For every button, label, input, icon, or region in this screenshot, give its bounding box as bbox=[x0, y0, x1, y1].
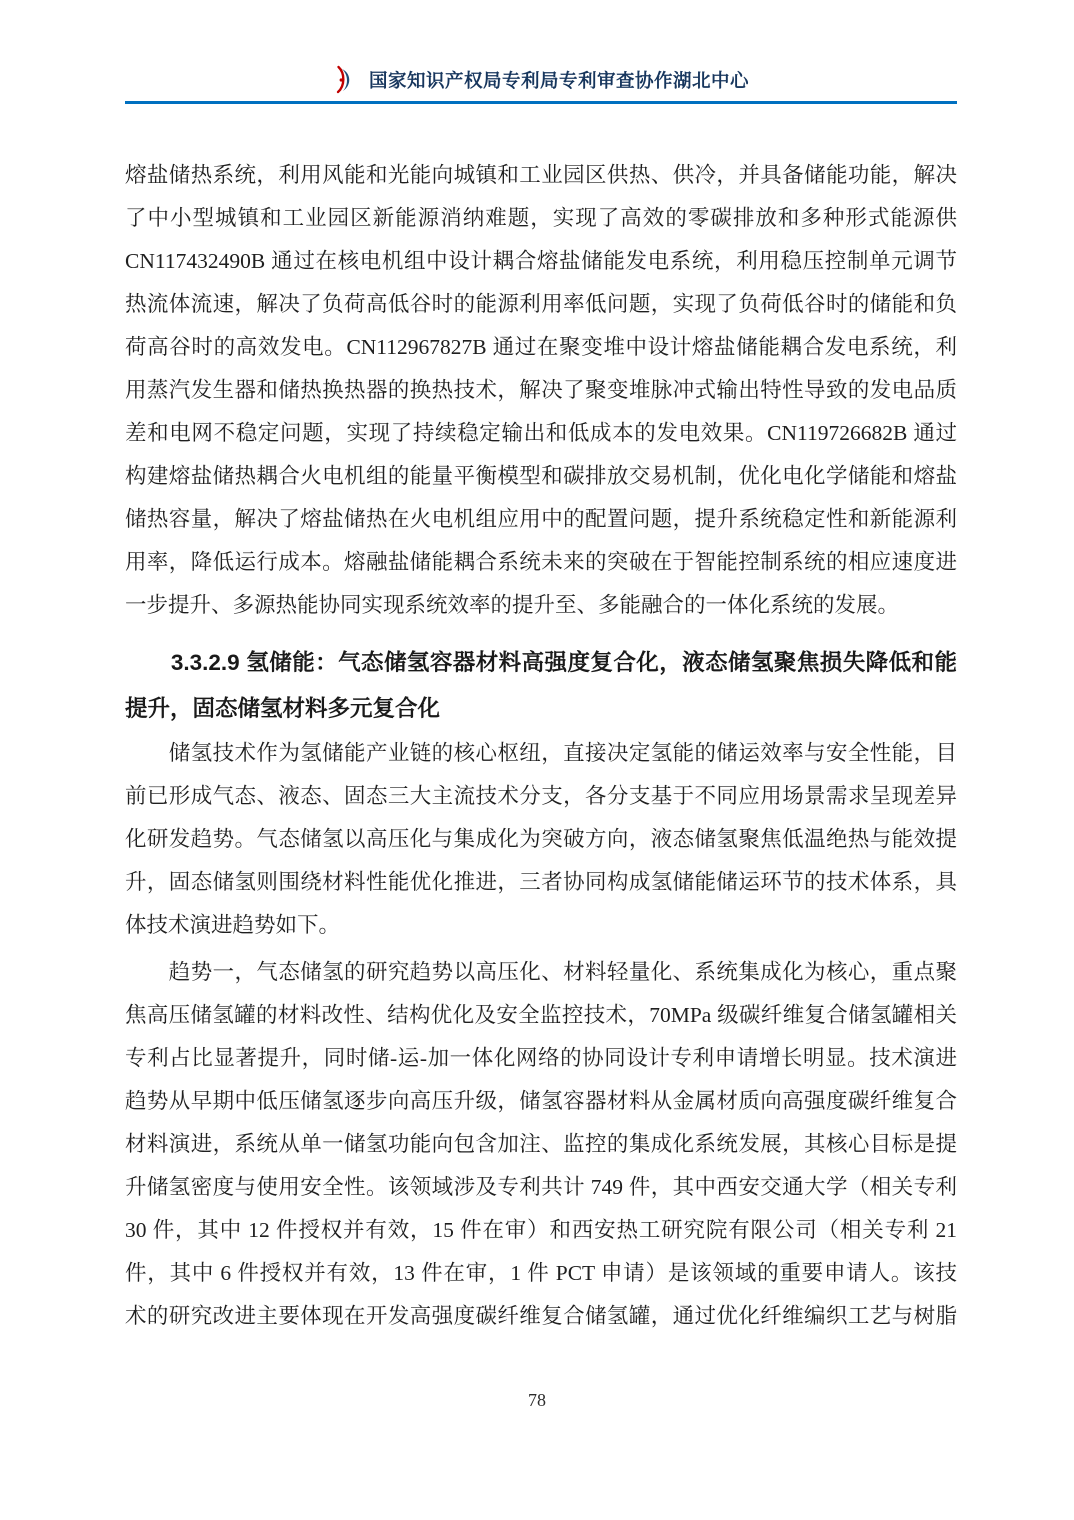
text-line: 30 件，其中 12 件授权并有效，15 件在审）和西安热工研究院有限公司（相关… bbox=[125, 1209, 957, 1252]
document-body: 熔盐储热系统，利用风能和光能向城镇和工业园区供热、供冷，并具备储能功能，解决了中… bbox=[125, 154, 957, 1338]
header-row: 国家知识产权局专利局专利审查协作湖北中心 bbox=[125, 62, 957, 98]
text-line: 荷高谷时的高效发电。CN112967827B 通过在聚变堆中设计熔盐储能耦合发电… bbox=[125, 326, 957, 369]
page: 国家知识产权局专利局专利审查协作湖北中心 熔盐储热系统，利用风能和光能向城镇和工… bbox=[0, 0, 1074, 1520]
paragraph-hydrogen-overview: 储氢技术作为氢储能产业链的核心枢纽，直接决定氢能的储运效率与安全性能，目前已形成… bbox=[125, 732, 957, 947]
text-line: CN117432490B 通过在核电机组中设计耦合熔盐储能发电系统，利用稳压控制… bbox=[125, 240, 957, 283]
paragraph-trend-one-gaseous: 趋势一，气态储氢的研究趋势以高压化、材料轻量化、系统集成化为核心，重点聚焦高压储… bbox=[125, 951, 957, 1338]
section-heading-3-3-2-9: 3.3.2.9 氢储能：气态储氢容器材料高强度复合化，液态储氢聚焦损失降低和能效… bbox=[125, 640, 957, 732]
page-footer: 78 bbox=[0, 1390, 1074, 1411]
text-line: 趋势一，气态储氢的研究趋势以高压化、材料轻量化、系统集成化为核心，重点聚 bbox=[125, 951, 957, 994]
text-line: 术的研究改进主要体现在开发高强度碳纤维复合储氢罐，通过优化纤维编织工艺与树脂 bbox=[125, 1295, 957, 1338]
text-line: 趋势从早期中低压储氢逐步向高压升级，储氢容器材料从金属材质向高强度碳纤维复合 bbox=[125, 1080, 957, 1123]
text-line: 热流体流速，解决了负荷高低谷时的能源利用率低问题，实现了负荷低谷时的储能和负 bbox=[125, 283, 957, 326]
text-line: 储热容量，解决了熔盐储热在火电机组应用中的配置问题，提升系统稳定性和新能源利 bbox=[125, 498, 957, 541]
header-org-name: 国家知识产权局专利局专利审查协作湖北中心 bbox=[369, 67, 749, 93]
text-line: 一步提升、多源热能协同实现系统效率的提升至、多能融合的一体化系统的发展。 bbox=[125, 584, 957, 627]
text-line: 差和电网不稳定问题，实现了持续稳定输出和低成本的发电效果。CN119726682… bbox=[125, 412, 957, 455]
text-line: 构建熔盐储热耦合火电机组的能量平衡模型和碳排放交易机制，优化电化学储能和熔盐 bbox=[125, 455, 957, 498]
text-line: 专利占比显著提升，同时储-运-加一体化网络的协同设计专利申请增长明显。技术演进 bbox=[125, 1037, 957, 1080]
text-line: 3.3.2.9 氢储能：气态储氢容器材料高强度复合化，液态储氢聚焦损失降低和能效 bbox=[125, 640, 957, 686]
text-line: 用蒸汽发生器和储热换热器的换热技术，解决了聚变堆脉冲式输出特性导致的发电品质 bbox=[125, 369, 957, 412]
text-line: 提升，固态储氢材料多元复合化 bbox=[125, 686, 957, 732]
text-line: 升，固态储氢则围绕材料性能优化推进，三者协同构成氢储能储运环节的技术体系，具 bbox=[125, 861, 957, 904]
page-header: 国家知识产权局专利局专利审查协作湖北中心 bbox=[125, 62, 957, 104]
text-line: 化研发趋势。气态储氢以高压化与集成化为突破方向，液态储氢聚焦低温绝热与能效提 bbox=[125, 818, 957, 861]
text-line: 熔盐储热系统，利用风能和光能向城镇和工业园区供热、供冷，并具备储能功能，解决 bbox=[125, 154, 957, 197]
text-line: 体技术演进趋势如下。 bbox=[125, 904, 957, 947]
text-line: 储氢技术作为氢储能产业链的核心枢纽，直接决定氢能的储运效率与安全性能，目 bbox=[125, 732, 957, 775]
text-line: 材料演进，系统从单一储氢功能向包含加注、监控的集成化系统发展，其核心目标是提 bbox=[125, 1123, 957, 1166]
text-line: 用率，降低运行成本。熔融盐储能耦合系统未来的突破在于智能控制系统的相应速度进 bbox=[125, 541, 957, 584]
hubei-center-logo-icon bbox=[333, 65, 355, 95]
paragraph-molten-salt: 熔盐储热系统，利用风能和光能向城镇和工业园区供热、供冷，并具备储能功能，解决了中… bbox=[125, 154, 957, 627]
header-divider bbox=[125, 101, 957, 104]
page-number: 78 bbox=[528, 1390, 546, 1410]
text-line: 升储氢密度与使用安全性。该领域涉及专利共计 749 件，其中西安交通大学（相关专… bbox=[125, 1166, 957, 1209]
text-line: 焦高压储氢罐的材料改性、结构优化及安全监控技术，70MPa 级碳纤维复合储氢罐相… bbox=[125, 994, 957, 1037]
text-line: 件，其中 6 件授权并有效，13 件在审，1 件 PCT 申请）是该领域的重要申… bbox=[125, 1252, 957, 1295]
text-line: 了中小型城镇和工业园区新能源消纳难题，实现了高效的零碳排放和多种形式能源供应。 bbox=[125, 197, 957, 240]
text-line: 前已形成气态、液态、固态三大主流技术分支，各分支基于不同应用场景需求呈现差异 bbox=[125, 775, 957, 818]
